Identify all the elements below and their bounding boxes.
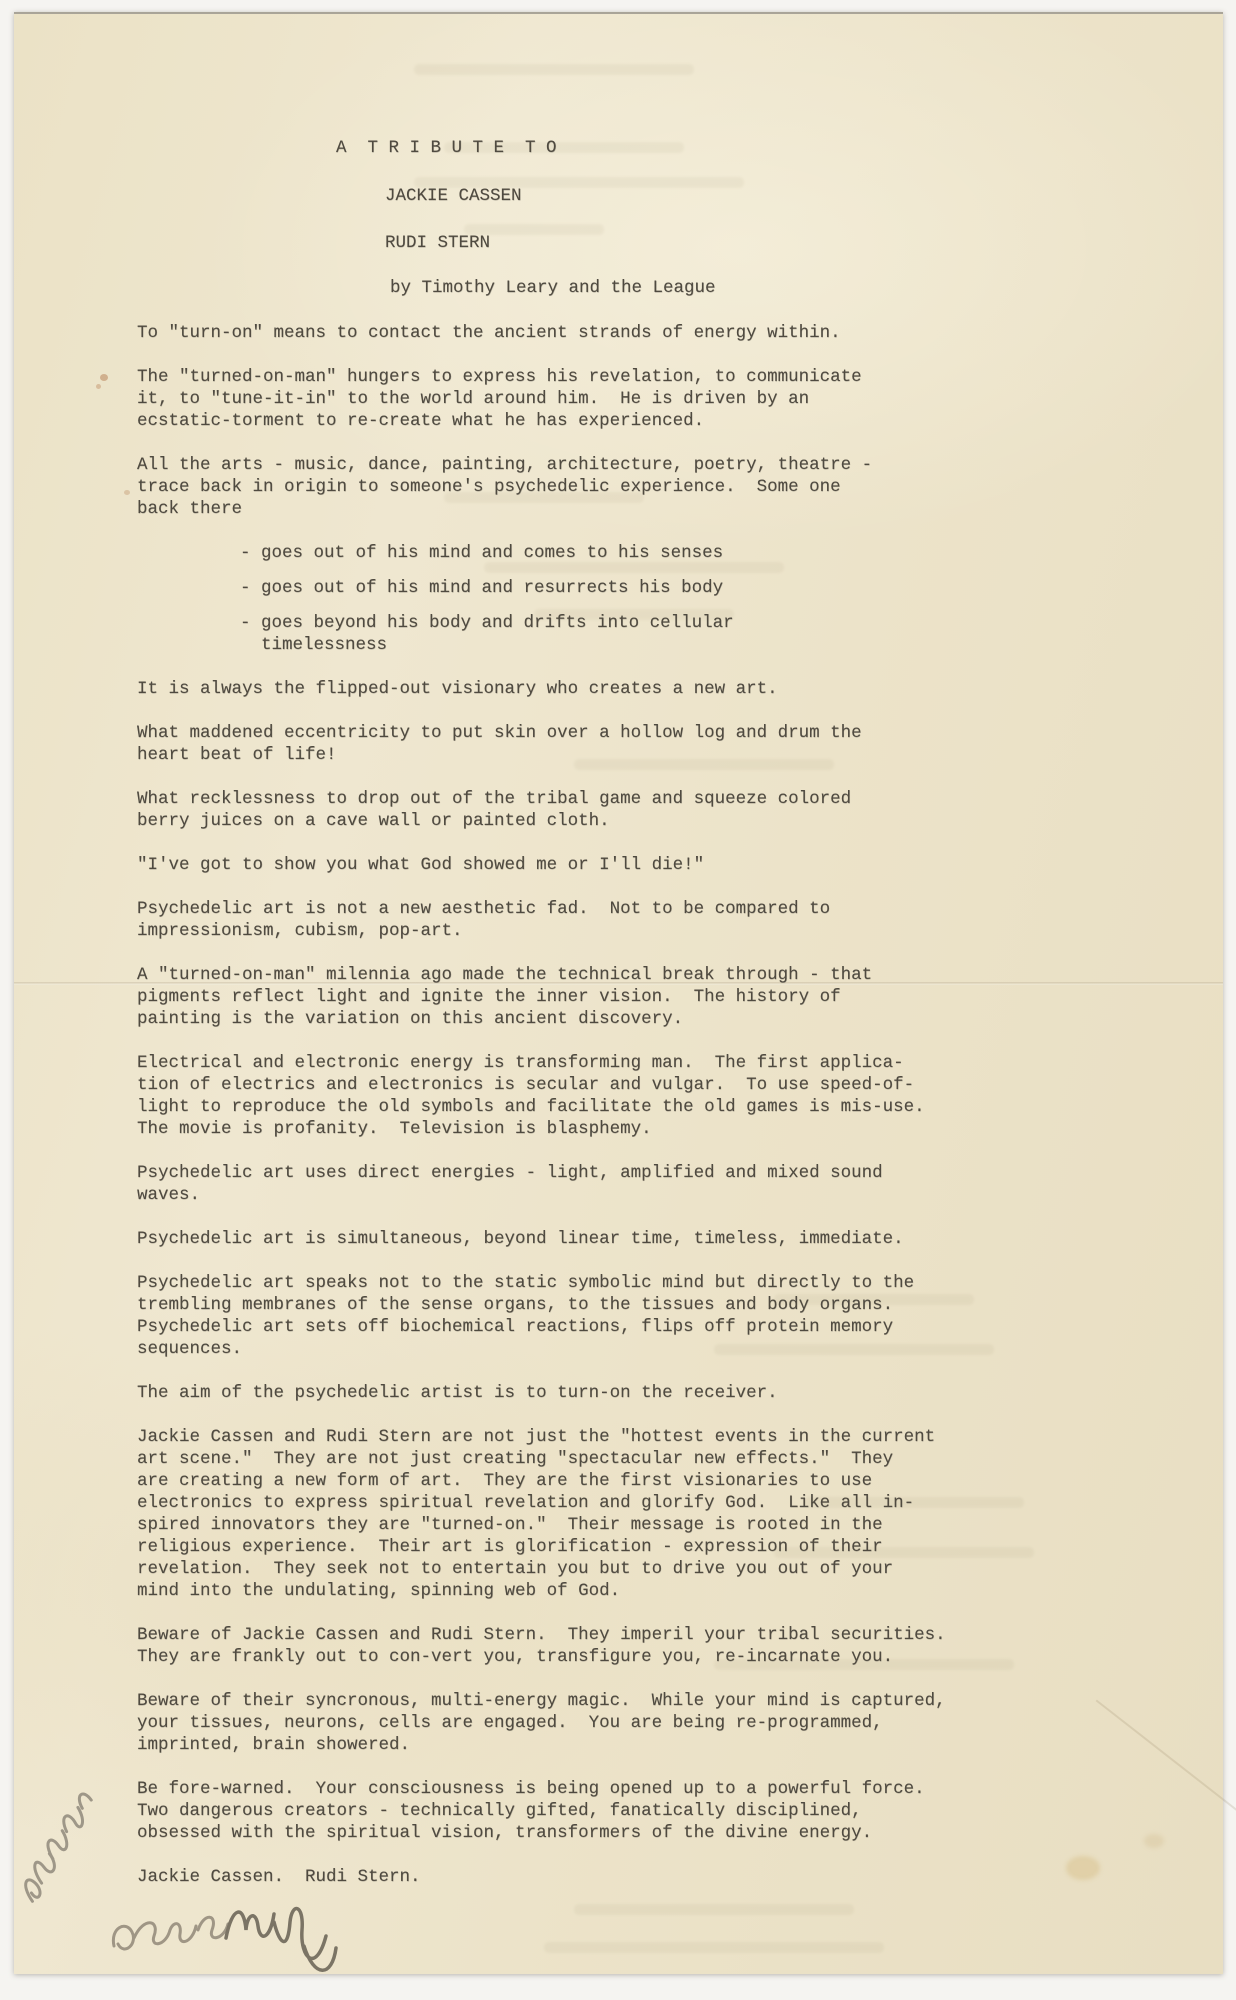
- paragraph: Psychedelic art is not a new aesthetic f…: [137, 898, 1137, 942]
- paragraph: Psychedelic art is simultaneous, beyond …: [137, 1228, 1137, 1250]
- paragraph: All the arts - music, dance, painting, a…: [137, 454, 1137, 520]
- paper-speck: [96, 384, 101, 389]
- paragraph: What maddened eccentricity to put skin o…: [137, 722, 1137, 766]
- paragraph: The aim of the psychedelic artist is to …: [137, 1382, 1137, 1404]
- paragraph: It is always the flipped-out visionary w…: [137, 678, 1137, 700]
- paragraph: "I've got to show you what God showed me…: [137, 854, 1137, 876]
- body-text: To "turn-on" means to contact the ancien…: [137, 322, 1137, 1844]
- paragraph: Jackie Cassen and Rudi Stern are not jus…: [137, 1426, 1137, 1602]
- paragraph: Psychedelic art speaks not to the static…: [137, 1272, 1137, 1360]
- paper-speck: [124, 490, 130, 495]
- bullet-list: - goes out of his mind and comes to his …: [240, 542, 1137, 656]
- paragraph: Electrical and electronic energy is tran…: [137, 1052, 1137, 1140]
- paper-speck: [100, 374, 108, 381]
- paragraph: What recklessness to drop out of the tri…: [137, 788, 1137, 832]
- bullet-item: - goes out of his mind and comes to his …: [240, 542, 1137, 564]
- paragraph: To "turn-on" means to contact the ancien…: [137, 322, 1137, 344]
- paragraph: The "turned-on-man" hungers to express h…: [137, 366, 1137, 432]
- paragraph: Beware of their syncronous, multi-energy…: [137, 1690, 1137, 1756]
- byline: by Timothy Leary and the League: [390, 277, 1137, 299]
- typed-content: A T R I B U T E T O JACKIE CASSEN RUDI S…: [137, 14, 1137, 1888]
- title-line: A T R I B U T E T O: [336, 137, 1137, 159]
- paragraph: A "turned-on-man" milennia ago made the …: [137, 964, 1137, 1030]
- paper-stain: [1144, 1834, 1164, 1848]
- bullet-item: - goes beyond his body and drifts into c…: [240, 612, 1137, 656]
- scan-background: { "colors": { "paper": "#ece3c9", "ink":…: [0, 0, 1236, 2000]
- signoff-line: Jackie Cassen. Rudi Stern.: [137, 1866, 1137, 1888]
- honoree-name-jackie-cassen: JACKIE CASSEN: [385, 185, 1137, 207]
- paragraph: Beware of Jackie Cassen and Rudi Stern. …: [137, 1624, 1137, 1668]
- paragraph: Psychedelic art uses direct energies - l…: [137, 1162, 1137, 1206]
- honoree-name-rudi-stern: RUDI STERN: [385, 232, 1137, 254]
- bullet-item: - goes out of his mind and resurrects hi…: [240, 577, 1137, 599]
- document-page: A T R I B U T E T O JACKIE CASSEN RUDI S…: [14, 12, 1223, 1974]
- pencil-signature-bottom: [108, 1886, 338, 1981]
- paragraph: Be fore-warned. Your consciousness is be…: [137, 1778, 1137, 1844]
